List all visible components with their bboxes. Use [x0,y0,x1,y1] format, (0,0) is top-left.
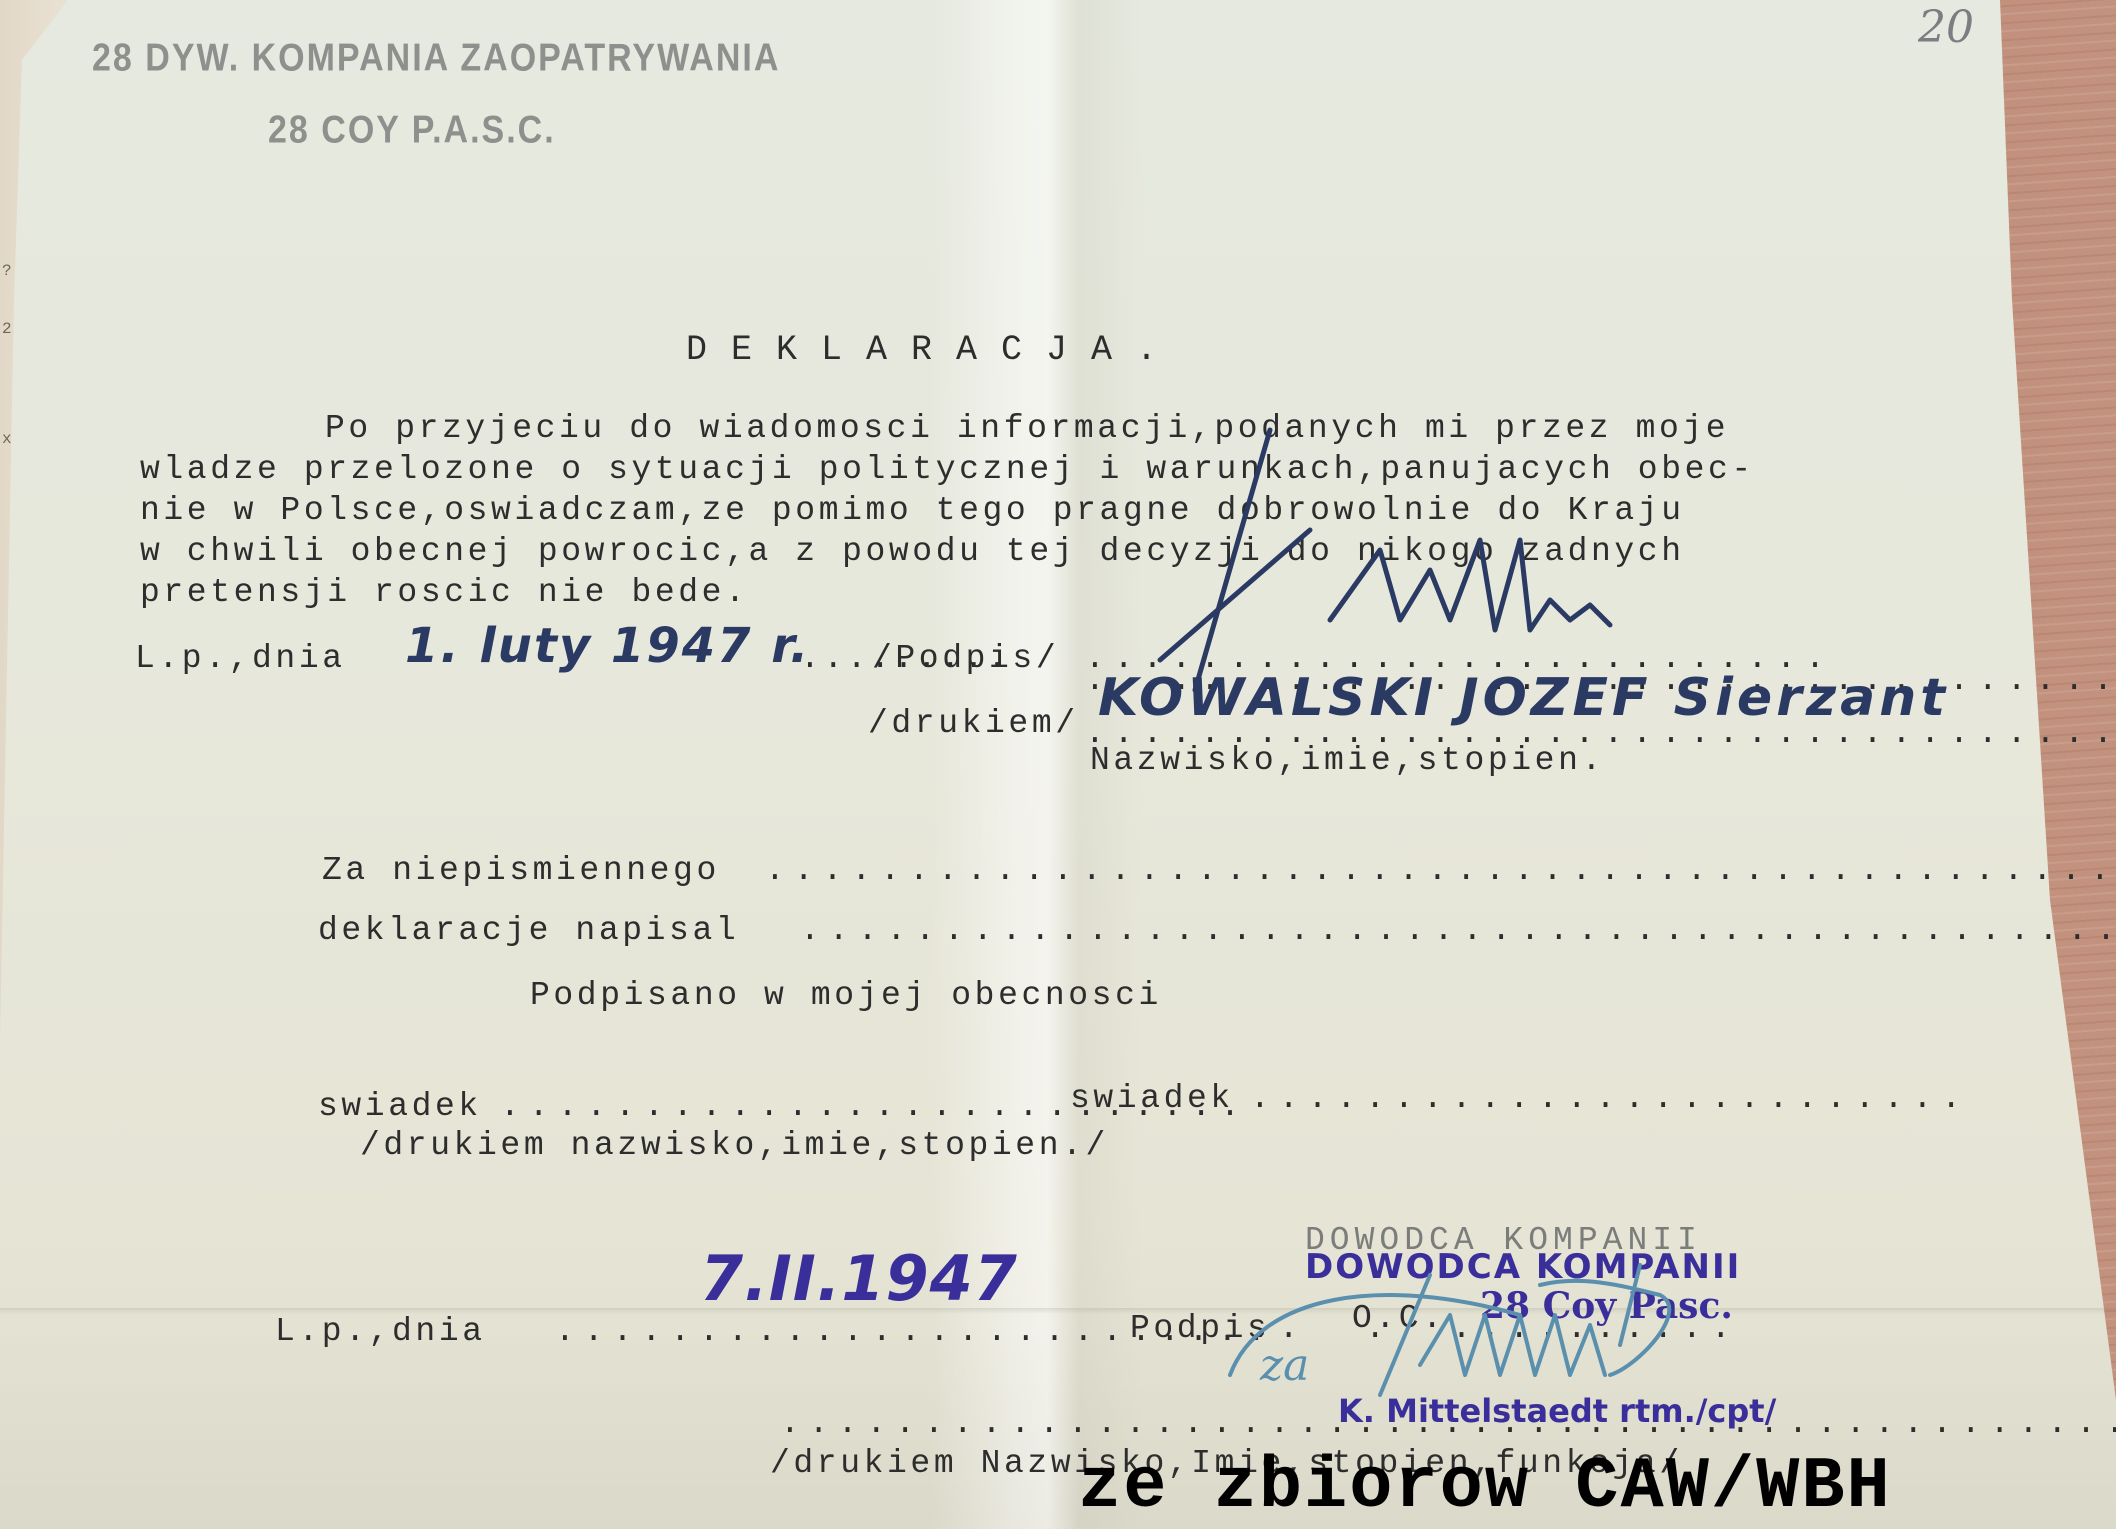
archive-watermark: ze zbiorow CAW/WBH [1078,1446,1892,1528]
commander-place-date-label: L.p.,dnia [275,1313,486,1350]
handwritten-date: 1. luty 1947 r. [405,618,810,674]
illiterate-label: Za niepismiennego [322,852,720,889]
header-stamp-line2: 28 COY P.A.S.C. [268,108,556,153]
commander-name-stamp: K. Mittelstaedt rtm./cpt/ [1338,1392,1776,1430]
printed-name-handwritten: KOWALSKI JOZEF Sierzant [1098,668,1949,728]
print-label: /drukiem/ [868,705,1079,742]
page-number: 20 [1918,2,1974,53]
declarant-signature [1100,420,1580,680]
witness-label-right: swiadek [1070,1080,1234,1117]
document-title: DEKLARACJA. [686,330,1181,370]
witness-dots-right: ......................... [1250,1080,1970,1117]
illiterate-dots: ........................................… [765,852,2116,889]
witness-caption: /drukiem nazwisko,imie,stopien./ [360,1127,1109,1164]
body-line: pretensji roscic nie bede. [140,574,748,611]
written-by-label: deklaracje napisal [318,912,739,949]
signature-prefix: za [1259,1340,1309,1391]
witnessed-label: Podpisano w mojej obecnosci [530,977,1162,1014]
print-caption: Nazwisko,imie,stopien. [1090,742,1605,779]
place-date-label: L.p.,dnia [135,640,346,677]
header-stamp-line1: 28 DYW. KOMPANIA ZAOPATRYWANIA [92,36,780,81]
signature-label: /Podpis/ [872,640,1059,677]
document-paper [0,0,2116,1529]
underlying-page-mark: 2 [2,320,12,338]
underlying-page-mark: ? [2,262,12,280]
date-stamp: 7.II.1947 [700,1242,1018,1315]
written-by-dots: ........................................… [800,912,2116,949]
witness-label-left: swiadek [318,1088,482,1125]
